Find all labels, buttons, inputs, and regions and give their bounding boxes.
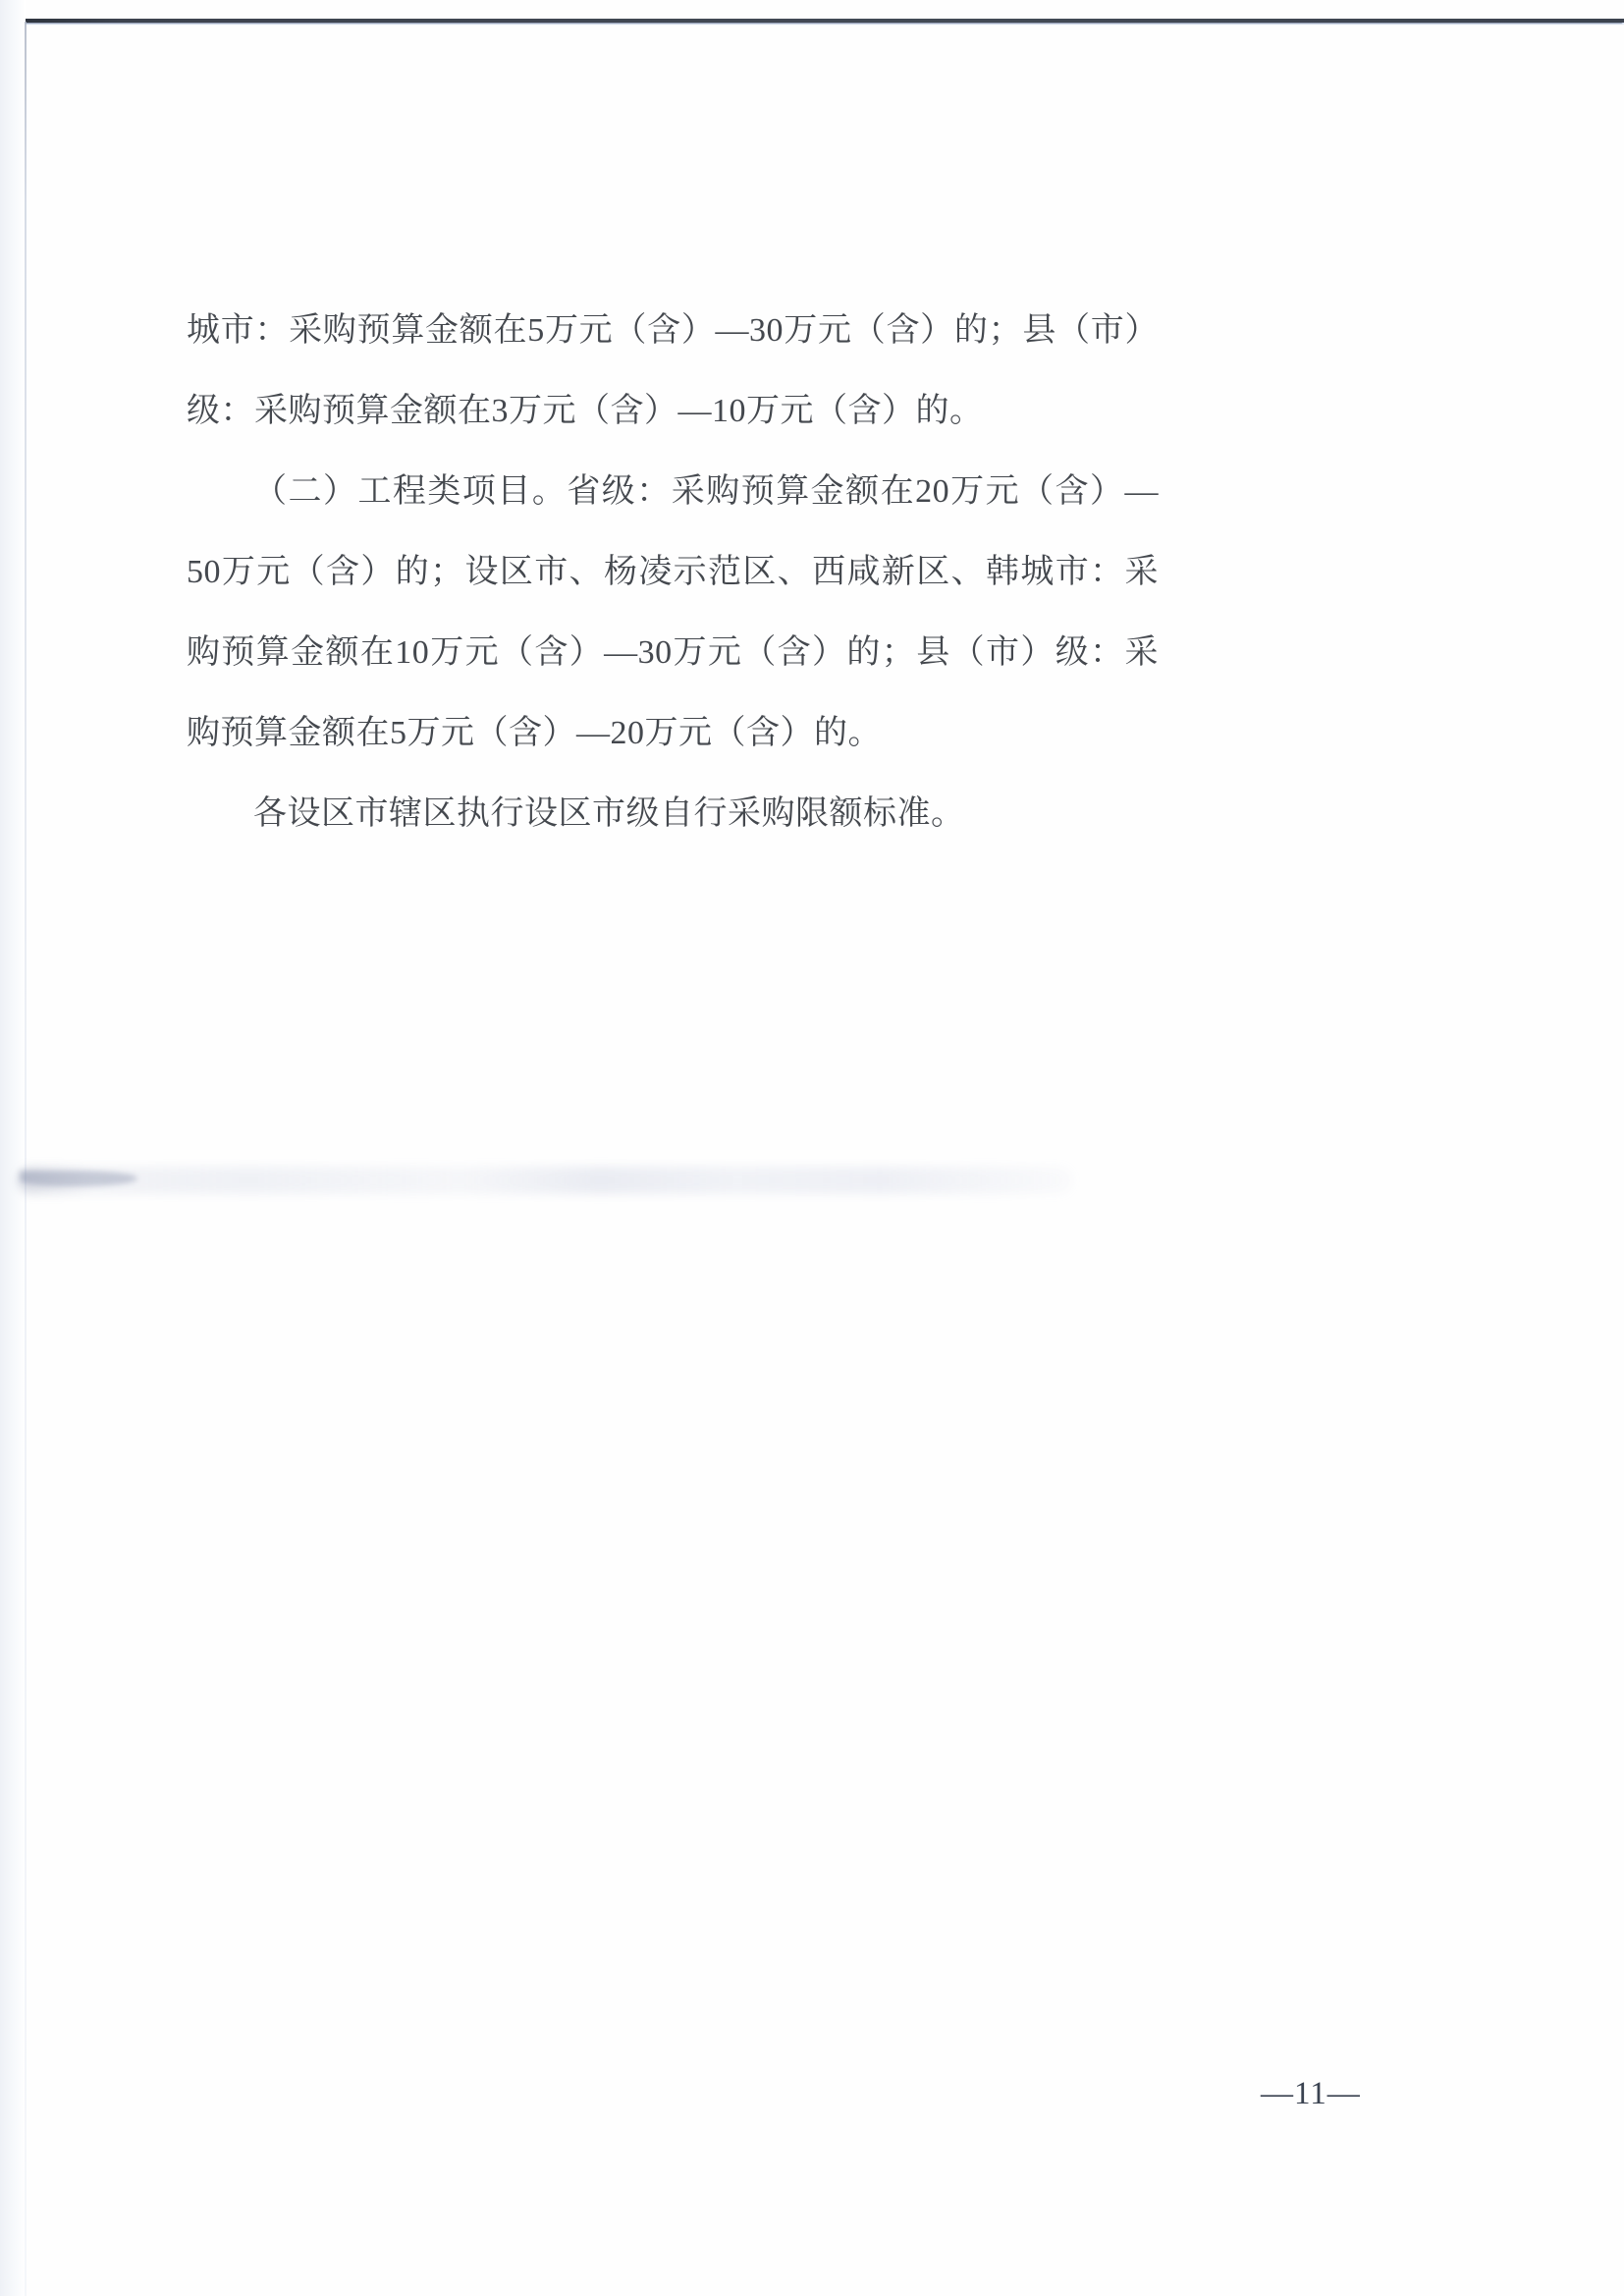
body-line-2: 级：采购预算金额在3万元（含）—10万元（含）的。 [187,371,1159,452]
body-line-6: 购预算金额在5万元（含）—20万元（含）的。 [187,693,1159,774]
document-body: 城市：采购预算金额在5万元（含）—30万元（含）的；县（市） 级：采购预算金额在… [187,291,1159,854]
body-line-5: 购预算金额在10万元（含）—30万元（含）的；县（市）级：采 [187,613,1159,693]
body-line-1: 城市：采购预算金额在5万元（含）—30万元（含）的；县（市） [187,291,1159,371]
body-line-3: （二）工程类项目。省级：采购预算金额在20万元（含）— [187,452,1159,532]
scan-left-edge-shadow [0,0,26,2296]
scan-left-edge-line [25,22,27,2296]
scan-top-edge-line [24,19,1624,23]
page-number: —11— [1261,2070,1361,2117]
body-line-4: 50万元（含）的；设区市、杨凌示范区、西咸新区、韩城市：采 [187,532,1159,613]
body-line-7: 各设区市辖区执行设区市级自行采购限额标准。 [187,774,1159,854]
scan-fold-crease-tip [20,1171,137,1186]
document-page: 城市：采购预算金额在5万元（含）—30万元（含）的；县（市） 级：采购预算金额在… [0,0,1624,2296]
scan-fold-crease [18,1167,1073,1194]
